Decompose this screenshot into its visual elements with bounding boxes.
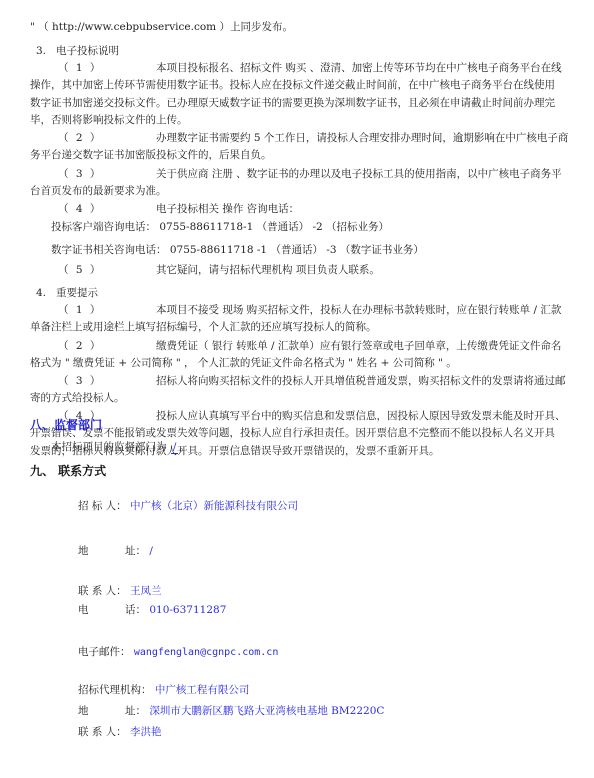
section-3-item-2: （ 2 ）办理数字证书需要约 5 个工作日，请投标人合理安排办理时间，逾期影响在… bbox=[30, 130, 570, 165]
section-3-item-5: （ 5 ）其它疑问，请与招标代理机构 项目负责人联系。 bbox=[30, 262, 570, 279]
supervision-dept-value: / bbox=[171, 441, 179, 454]
item-text: 毕，否则将影响投标文件的上传。 bbox=[30, 114, 188, 126]
section-4-title: 重要提示 bbox=[56, 287, 98, 299]
tenderer-address-row: 地址： / bbox=[78, 544, 153, 558]
document-page: " （ http://www.cebpubservice.com ）上同步发布。… bbox=[0, 0, 594, 778]
section-3-item-1: （ 1 ）本项目投标报名、招标文件 购买 、澄清、加密上传等环节均在中广核电子商… bbox=[30, 60, 570, 129]
item-text: 单备注栏上或用途栏上填写招标编号，个人汇款的还应填写投标人的简称。 bbox=[30, 321, 377, 333]
supervision-text: 本招标项目的监督部门为 bbox=[51, 441, 167, 453]
address-label-right: 址： bbox=[125, 544, 146, 558]
tenderer-contact-value: 王凤兰 bbox=[130, 585, 162, 597]
item-text: 开票错误、发票不能报销或发票失效等问题，投标人应自行承担责任。因开票信息不完整而… bbox=[30, 427, 555, 439]
tenderer-phone-row: 电话： 010-63711287 bbox=[78, 603, 226, 617]
item-number: （ 1 ） bbox=[58, 60, 156, 77]
tenderer-label: 招 标 人： bbox=[78, 499, 127, 513]
source-line: " （ http://www.cebpubservice.com ）上同步发布。 bbox=[30, 20, 293, 34]
phone-label-right: 话： bbox=[125, 603, 146, 617]
section-3-title: 电子投标说明 bbox=[56, 45, 119, 57]
section-4-item-3: （ 3 ）招标人将向购买招标文件的投标人开具增值税普通发票，购买招标文件的发票请… bbox=[30, 373, 570, 408]
cert-phone-line: 数字证书相关咨询电话： 0755-88611718 -1 （普通话） -3 （数… bbox=[51, 243, 424, 257]
section-4-item-1: （ 1 ）本项目不接受 现场 购买招标文件，投标人在办理标书款转账时，应在银行转… bbox=[30, 302, 570, 337]
tenderer-row: 招 标 人： 中广核（北京）新能源科技有限公司 bbox=[78, 499, 298, 513]
item-text: 关于供应商 注册 、数字证书的办理以及电子投标工具的使用指南，以中广核电子商务平 bbox=[156, 168, 562, 180]
section-3-item-3: （ 3 ）关于供应商 注册 、数字证书的办理以及电子投标工具的使用指南，以中广核… bbox=[30, 166, 570, 201]
item-text: 招标人将向购买招标文件的投标人开具增值税普通发票，购买招标文件的发票请将通过邮 bbox=[156, 375, 566, 387]
supervision-line: 本招标项目的监督部门为 /。 bbox=[51, 440, 190, 454]
agency-contact-row: 联 系 人： 李洪艳 bbox=[78, 725, 162, 739]
agency-row: 招标代理机构： 中广核工程有限公司 bbox=[78, 683, 249, 697]
agency-address-value: 深圳市大鹏新区鹏飞路大亚湾核电基地 BM2220C bbox=[149, 705, 384, 717]
item-number: （ 3 ） bbox=[58, 166, 156, 183]
supervision-suffix: 。 bbox=[179, 441, 190, 453]
email-label: 电子邮件： bbox=[78, 645, 131, 659]
section-8-title: 八、监督部门 bbox=[30, 416, 102, 433]
agency-value: 中广核工程有限公司 bbox=[155, 684, 250, 696]
item-text: 操作，其中加密上传环节需使用数字证书。投标人应在投标文件递交截止时间前，在中广核… bbox=[30, 79, 555, 91]
item-text: 电子投标相关 操作 咨询电话： bbox=[156, 203, 299, 215]
item-number: （ 3 ） bbox=[58, 373, 156, 390]
item-number: （ 2 ） bbox=[58, 130, 156, 147]
item-text: 其它疑问，请与招标代理机构 项目负责人联系。 bbox=[156, 264, 380, 276]
tenderer-phone-value: 010-63711287 bbox=[149, 604, 226, 616]
item-number: （ 2 ） bbox=[58, 338, 156, 355]
item-number: （ 5 ） bbox=[58, 262, 156, 279]
agency-label: 招标代理机构： bbox=[78, 683, 152, 697]
item-text: 办理数字证书需要约 5 个工作日，请投标人合理安排办理时间，逾期影响在中广核电子… bbox=[156, 132, 568, 144]
agency-address-label-right: 址： bbox=[125, 704, 146, 718]
section-4-heading: 4.重要提示 bbox=[36, 286, 98, 300]
agency-address-label-left: 地 bbox=[78, 704, 125, 718]
tenderer-contact-row: 联 系 人： 王凤兰 bbox=[78, 584, 162, 598]
agency-address-row: 地址： 深圳市大鹏新区鹏飞路大亚湾核电基地 BM2220C bbox=[78, 704, 384, 718]
source-url-text: （ http://www.cebpubservice.com ）上同步发布。 bbox=[35, 21, 293, 33]
tenderer-email-value[interactable]: wangfenglan@cgnpc.com.cn bbox=[134, 647, 279, 658]
item-text: 投标人应认真填写平台中的购买信息和发票信息，因投标人原因导致发票未能及时开具、 bbox=[156, 410, 566, 422]
section-3-heading: 3.电子投标说明 bbox=[36, 44, 119, 58]
item-text: 缴费凭证（ 银行 转账单 / 汇款单）应有银行签章或电子回单章，上传缴费凭证文件… bbox=[156, 340, 561, 352]
item-text: 数字证书加密递交投标文件。已办理原天威数字证书的需要更换为深圳数字证书，且必须在… bbox=[30, 97, 555, 109]
item-text: 格式为 " 缴费凭证 + 公司简称 " ， 个人汇款的凭证文件命名格式为 " 姓… bbox=[30, 357, 457, 369]
phone-label-left: 电 bbox=[78, 603, 125, 617]
tenderer-value: 中广核（北京）新能源科技有限公司 bbox=[130, 500, 298, 512]
address-label-left: 地 bbox=[78, 544, 125, 558]
tenderer-address-value: / bbox=[149, 545, 153, 557]
item-text: 寄的方式给投标人。 bbox=[30, 392, 125, 404]
client-phone-line: 投标客户端咨询电话： 0755-88611718-1 （普通话） -2 （招标业… bbox=[51, 220, 389, 234]
item-number: （ 1 ） bbox=[58, 302, 156, 319]
item-text: 本项目不接受 现场 购买招标文件，投标人在办理标书款转账时，应在银行转账单 / … bbox=[156, 304, 561, 316]
agency-contact-value: 李洪艳 bbox=[130, 726, 162, 738]
item-number: （ 4 ） bbox=[58, 201, 156, 218]
item-text: 台首页发布的最新要求为准。 bbox=[30, 185, 167, 197]
section-3-index: 3. bbox=[36, 44, 56, 58]
section-4-item-2: （ 2 ）缴费凭证（ 银行 转账单 / 汇款单）应有银行签章或电子回单章，上传缴… bbox=[30, 338, 570, 373]
item-text: 务平台递交数字证书加密版投标文件的，后果自负。 bbox=[30, 149, 272, 161]
item-text: 本项目投标报名、招标文件 购买 、澄清、加密上传等环节均在中广核电子商务平台在线 bbox=[156, 62, 562, 74]
section-4-index: 4. bbox=[36, 286, 56, 300]
section-3-item-4: （ 4 ）电子投标相关 操作 咨询电话： bbox=[30, 201, 570, 218]
tenderer-email-row: 电子邮件： wangfenglan@cgnpc.com.cn bbox=[78, 645, 278, 660]
section-9-title: 九、 联系方式 bbox=[30, 462, 106, 479]
agency-contact-label: 联 系 人： bbox=[78, 725, 127, 739]
contact-label: 联 系 人： bbox=[78, 584, 127, 598]
